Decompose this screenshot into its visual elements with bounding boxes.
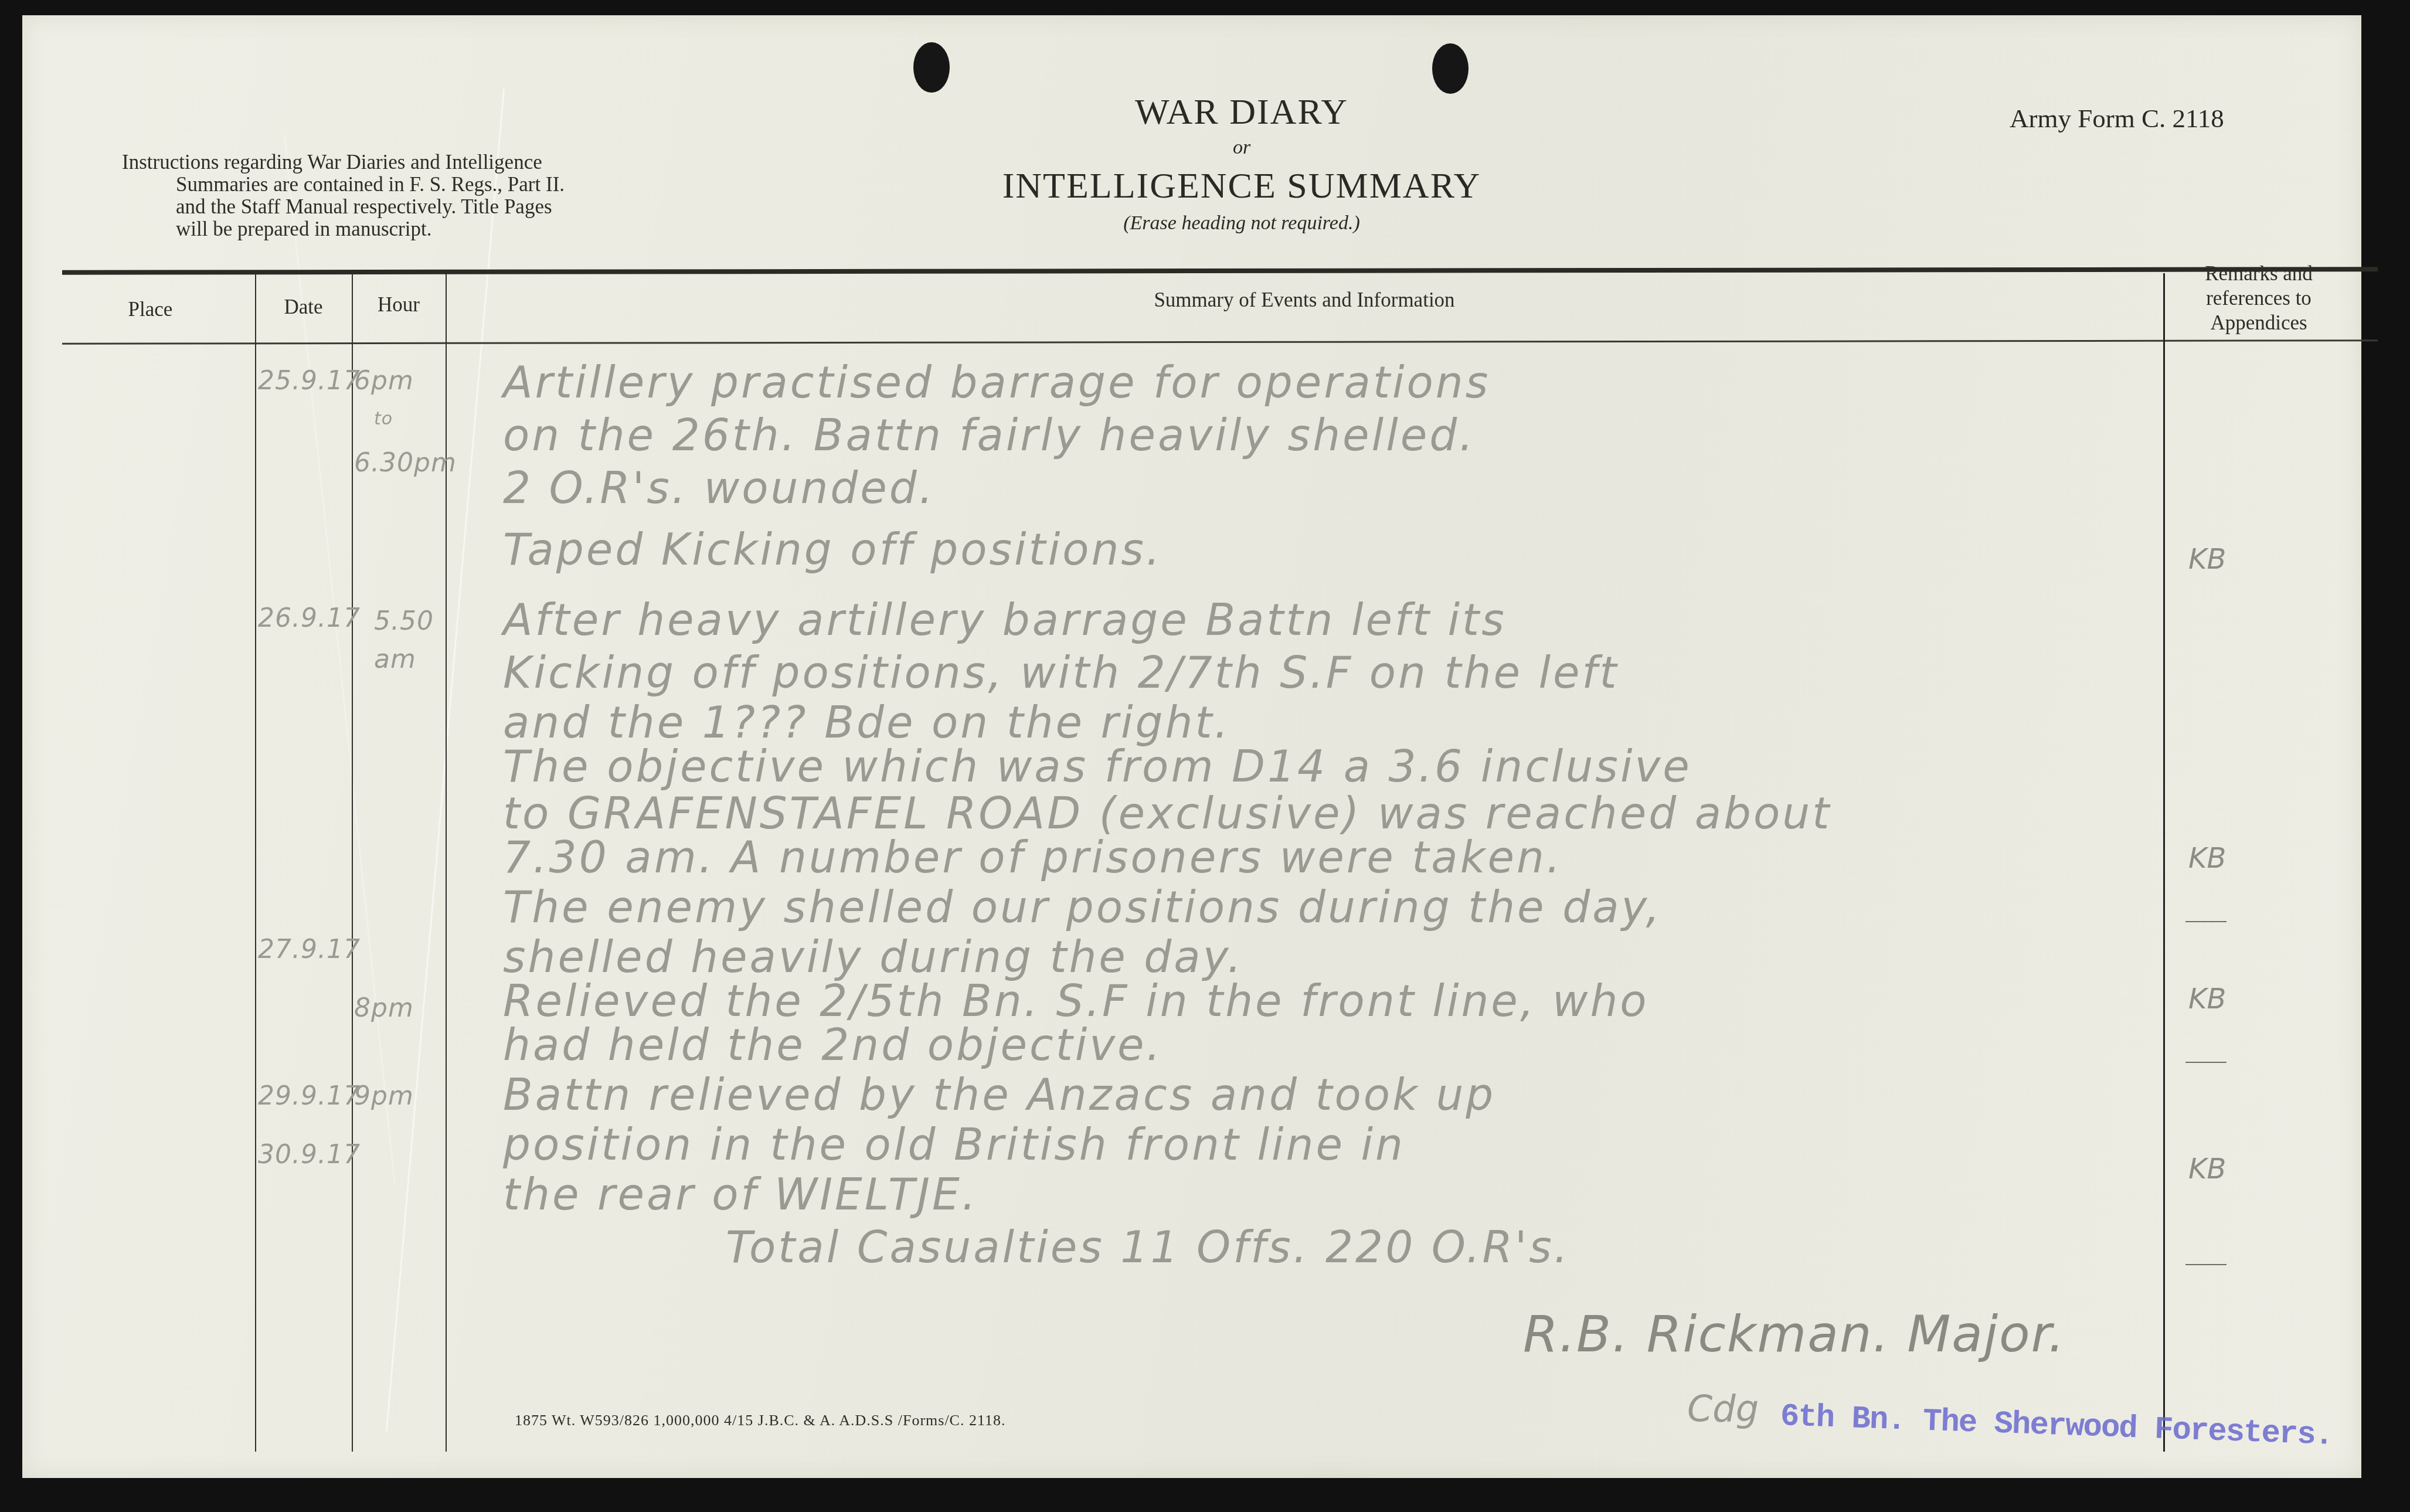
battalion-stamp: 6th Bn. The Sherwood Foresters. <box>1780 1399 2333 1454</box>
instructions-line: Summaries are contained in F. S. Regs., … <box>122 174 685 196</box>
column-divider-place-date <box>255 273 256 1452</box>
entry-hour: 5.50 <box>374 607 434 636</box>
instructions-text: Instructions regarding War Diaries and I… <box>122 151 685 240</box>
entry-date: 29.9.17 <box>258 1082 361 1110</box>
entry-date: 27.9.17 <box>258 936 361 964</box>
form-subtitle: INTELLIGENCE SUMMARY <box>861 165 1623 206</box>
remarks-header-line: Remarks and <box>2165 261 2353 286</box>
header-rule-thin <box>62 339 2378 345</box>
remarks-initials: KB <box>2188 842 2226 875</box>
summary-line: to GRAFENSTAFEL ROAD (exclusive) was rea… <box>503 789 1831 839</box>
summary-line: Taped Kicking off positions. <box>503 525 1162 575</box>
summary-line: The objective which was from D14 a 3.6 i… <box>503 742 1692 792</box>
entry-hour: am <box>374 645 416 674</box>
entry-hour: to <box>374 405 393 433</box>
summary-line: shelled heavily during the day. <box>503 933 1243 983</box>
entry-date: 26.9.17 <box>258 604 361 633</box>
war-diary-page: Instructions regarding War Diaries and I… <box>22 15 2361 1478</box>
column-divider-summary-remarks <box>2163 273 2165 1452</box>
instructions-line: will be prepared in manuscript. <box>122 218 685 240</box>
punch-hole-right <box>1432 43 1469 94</box>
entry-date: 30.9.17 <box>258 1141 361 1169</box>
column-header-hour: Hour <box>352 293 446 317</box>
summary-total-casualties: Total Casualties 11 Offs. 220 O.R's. <box>726 1223 1570 1273</box>
remarks-header-line: Appendices <box>2165 311 2353 335</box>
summary-line: Battn relieved by the Anzacs and took up <box>503 1071 1495 1120</box>
entry-hour: 9pm <box>354 1082 414 1110</box>
form-title: WAR DIARY <box>861 91 1623 132</box>
summary-line: Artillery practised barrage for operatio… <box>503 358 1490 408</box>
printer-imprint: 1875 Wt. W593/826 1,000,000 4/15 J.B.C. … <box>515 1412 1006 1429</box>
remarks-initials: KB <box>2188 1153 2226 1185</box>
summary-line: Kicking off positions, with 2/7th S.F on… <box>503 648 1619 698</box>
column-header-date: Date <box>255 295 352 319</box>
entry-hour: 8pm <box>354 994 414 1022</box>
remarks-separator-tick <box>2185 921 2227 922</box>
column-divider-date-hour <box>352 273 353 1452</box>
entry-date: 25.9.17 <box>258 367 361 395</box>
remarks-header-line: references to <box>2165 286 2353 311</box>
header-rule-thick <box>62 267 2378 275</box>
instructions-line: Instructions regarding War Diaries and I… <box>122 151 685 174</box>
summary-line: The enemy shelled our positions during t… <box>503 883 1662 933</box>
column-header-remarks: Remarks and references to Appendices <box>2165 261 2353 335</box>
officer-signature: R.B. Rickman. Major. <box>1523 1305 2065 1364</box>
summary-line: 7.30 am. A number of prisoners were take… <box>503 833 1563 883</box>
signature-prefix: Cdg <box>1687 1387 1759 1430</box>
summary-line: on the 26th. Battn fairly heavily shelle… <box>503 411 1476 461</box>
army-form-number: Army Form C. 2118 <box>2010 103 2224 134</box>
remarks-initials: KB <box>2188 543 2226 576</box>
remarks-separator-tick <box>2185 1264 2227 1265</box>
entry-hour: 6.30pm <box>354 449 457 477</box>
erase-note: (Erase heading not required.) <box>861 212 1623 235</box>
form-title-or: or <box>861 135 1623 161</box>
form-title-block: WAR DIARY or INTELLIGENCE SUMMARY (Erase… <box>861 91 1623 235</box>
remarks-separator-tick <box>2185 1062 2227 1063</box>
summary-line: the rear of WIELTJE. <box>503 1170 978 1220</box>
summary-line: 2 O.R's. wounded. <box>503 464 935 514</box>
summary-line: After heavy artillery barrage Battn left… <box>503 596 1507 645</box>
instructions-line: and the Staff Manual respectively. Title… <box>122 196 685 218</box>
punch-hole-left <box>913 42 950 93</box>
summary-line: position in the old British front line i… <box>503 1120 1405 1170</box>
column-header-place: Place <box>46 298 255 321</box>
summary-line: had held the 2nd objective. <box>503 1021 1162 1071</box>
column-header-summary: Summary of Events and Information <box>446 288 2163 312</box>
remarks-initials: KB <box>2188 983 2226 1015</box>
entry-hour: 6pm <box>354 367 414 395</box>
summary-line: Relieved the 2/5th Bn. S.F in the front … <box>503 977 1649 1027</box>
summary-line: and the 1??? Bde on the right. <box>503 698 1231 748</box>
